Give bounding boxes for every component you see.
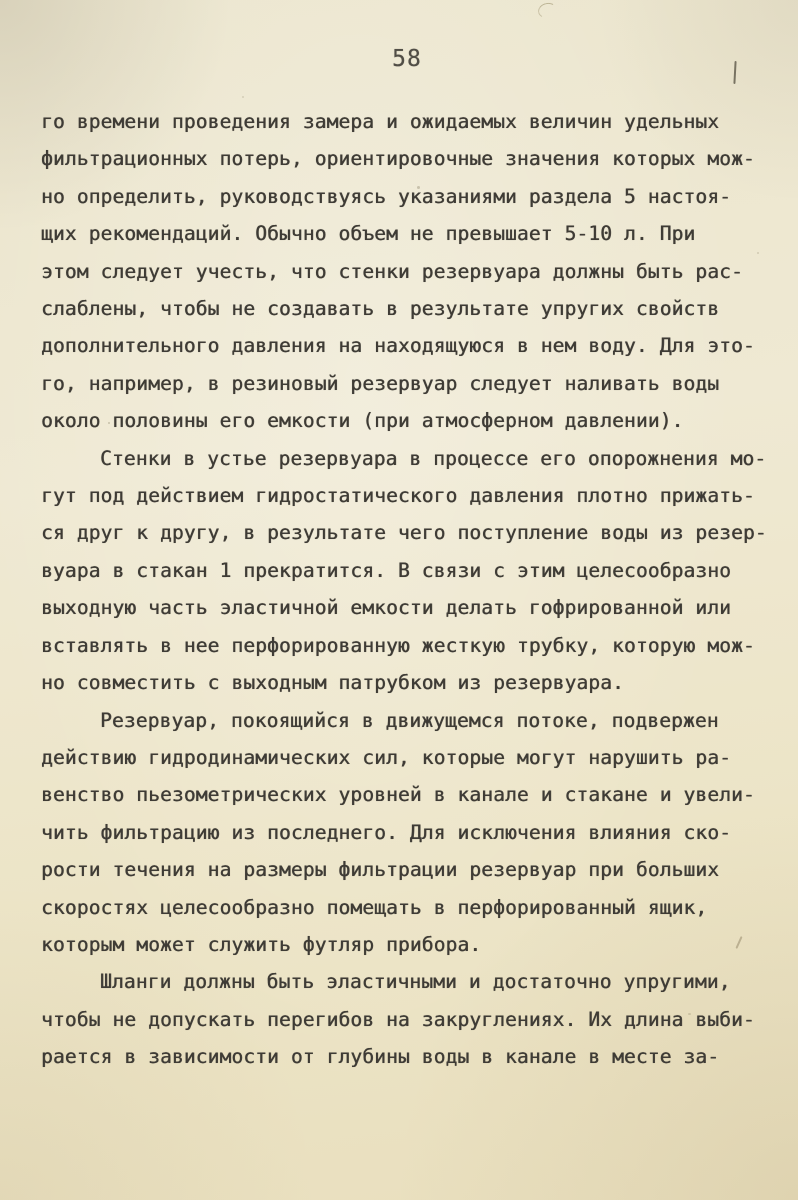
dust-speck bbox=[417, 186, 420, 189]
text-line: вставлять в нее перфорированную жесткую … bbox=[41, 627, 781, 664]
text-line: Резервуар, покоящийся в движущемся поток… bbox=[41, 702, 781, 739]
text-line: которым может служить футляр прибора. bbox=[41, 926, 781, 963]
text-line: гут под действием гидростатического давл… bbox=[41, 477, 781, 514]
text-line: около половины его емкости (при атмосфер… bbox=[41, 402, 781, 439]
text-line: рости течения на размеры фильтрации резе… bbox=[41, 851, 781, 888]
text-line: действию гидродинамических сил, которые … bbox=[41, 739, 781, 776]
pen-tick-mark bbox=[733, 61, 736, 84]
dust-speck bbox=[242, 96, 244, 98]
text-line: скоростях целесообразно помещать в перфо… bbox=[41, 889, 781, 926]
text-line: чтобы не допускать перегибов на закругле… bbox=[41, 1001, 781, 1038]
text-line: но совместить с выходным патрубком из ре… bbox=[41, 664, 781, 701]
text-line: щих рекомендаций. Обычно объем не превыш… bbox=[41, 215, 781, 252]
paragraph: Резервуар, покоящийся в движущемся поток… bbox=[41, 702, 781, 964]
paragraph: Шланги должны быть эластичными и достато… bbox=[41, 963, 781, 1075]
text-line: этом следует учесть, что стенки резервуа… bbox=[41, 253, 781, 290]
text-line: венство пьезометрических уровней в канал… bbox=[41, 776, 781, 813]
text-line: выходную часть эластичной емкости делать… bbox=[41, 589, 781, 626]
text-line: ся друг к другу, в результате чего посту… bbox=[41, 514, 781, 551]
text-line: слаблены, чтобы не создавать в результат… bbox=[41, 290, 781, 327]
text-line: Шланги должны быть эластичными и достато… bbox=[41, 963, 781, 1000]
dust-speck bbox=[757, 252, 759, 254]
text-line: Стенки в устье резервуара в процессе его… bbox=[41, 440, 781, 477]
text-line: чить фильтрацию из последнего. Для исклю… bbox=[41, 814, 781, 851]
paragraph: го времени проведения замера и ожидаемых… bbox=[41, 103, 781, 440]
text-line: фильтрационных потерь, ориентировочные з… bbox=[41, 140, 781, 177]
document-page: 58 го времени проведения замера и ожидае… bbox=[0, 0, 798, 1200]
text-line: вуара в стакан 1 прекратится. В связи с … bbox=[41, 552, 781, 589]
text-line: но определить, руководствуясь указаниями… bbox=[41, 178, 781, 215]
dust-speck bbox=[688, 1013, 691, 1015]
dust-speck bbox=[108, 422, 110, 424]
text-line: дополнительного давления на находящуюся … bbox=[41, 327, 781, 364]
text-block: го времени проведения замера и ожидаемых… bbox=[41, 103, 781, 1076]
text-line: го времени проведения замера и ожидаемых… bbox=[41, 103, 781, 140]
paragraph: Стенки в устье резервуара в процессе его… bbox=[41, 440, 781, 702]
dust-speck bbox=[541, 641, 543, 644]
text-line: рается в зависимости от глубины воды в к… bbox=[41, 1038, 781, 1075]
text-line: го, например, в резиновый резервуар след… bbox=[41, 365, 781, 402]
pen-curve-mark bbox=[537, 1, 559, 20]
page-number: 58 bbox=[8, 46, 798, 72]
